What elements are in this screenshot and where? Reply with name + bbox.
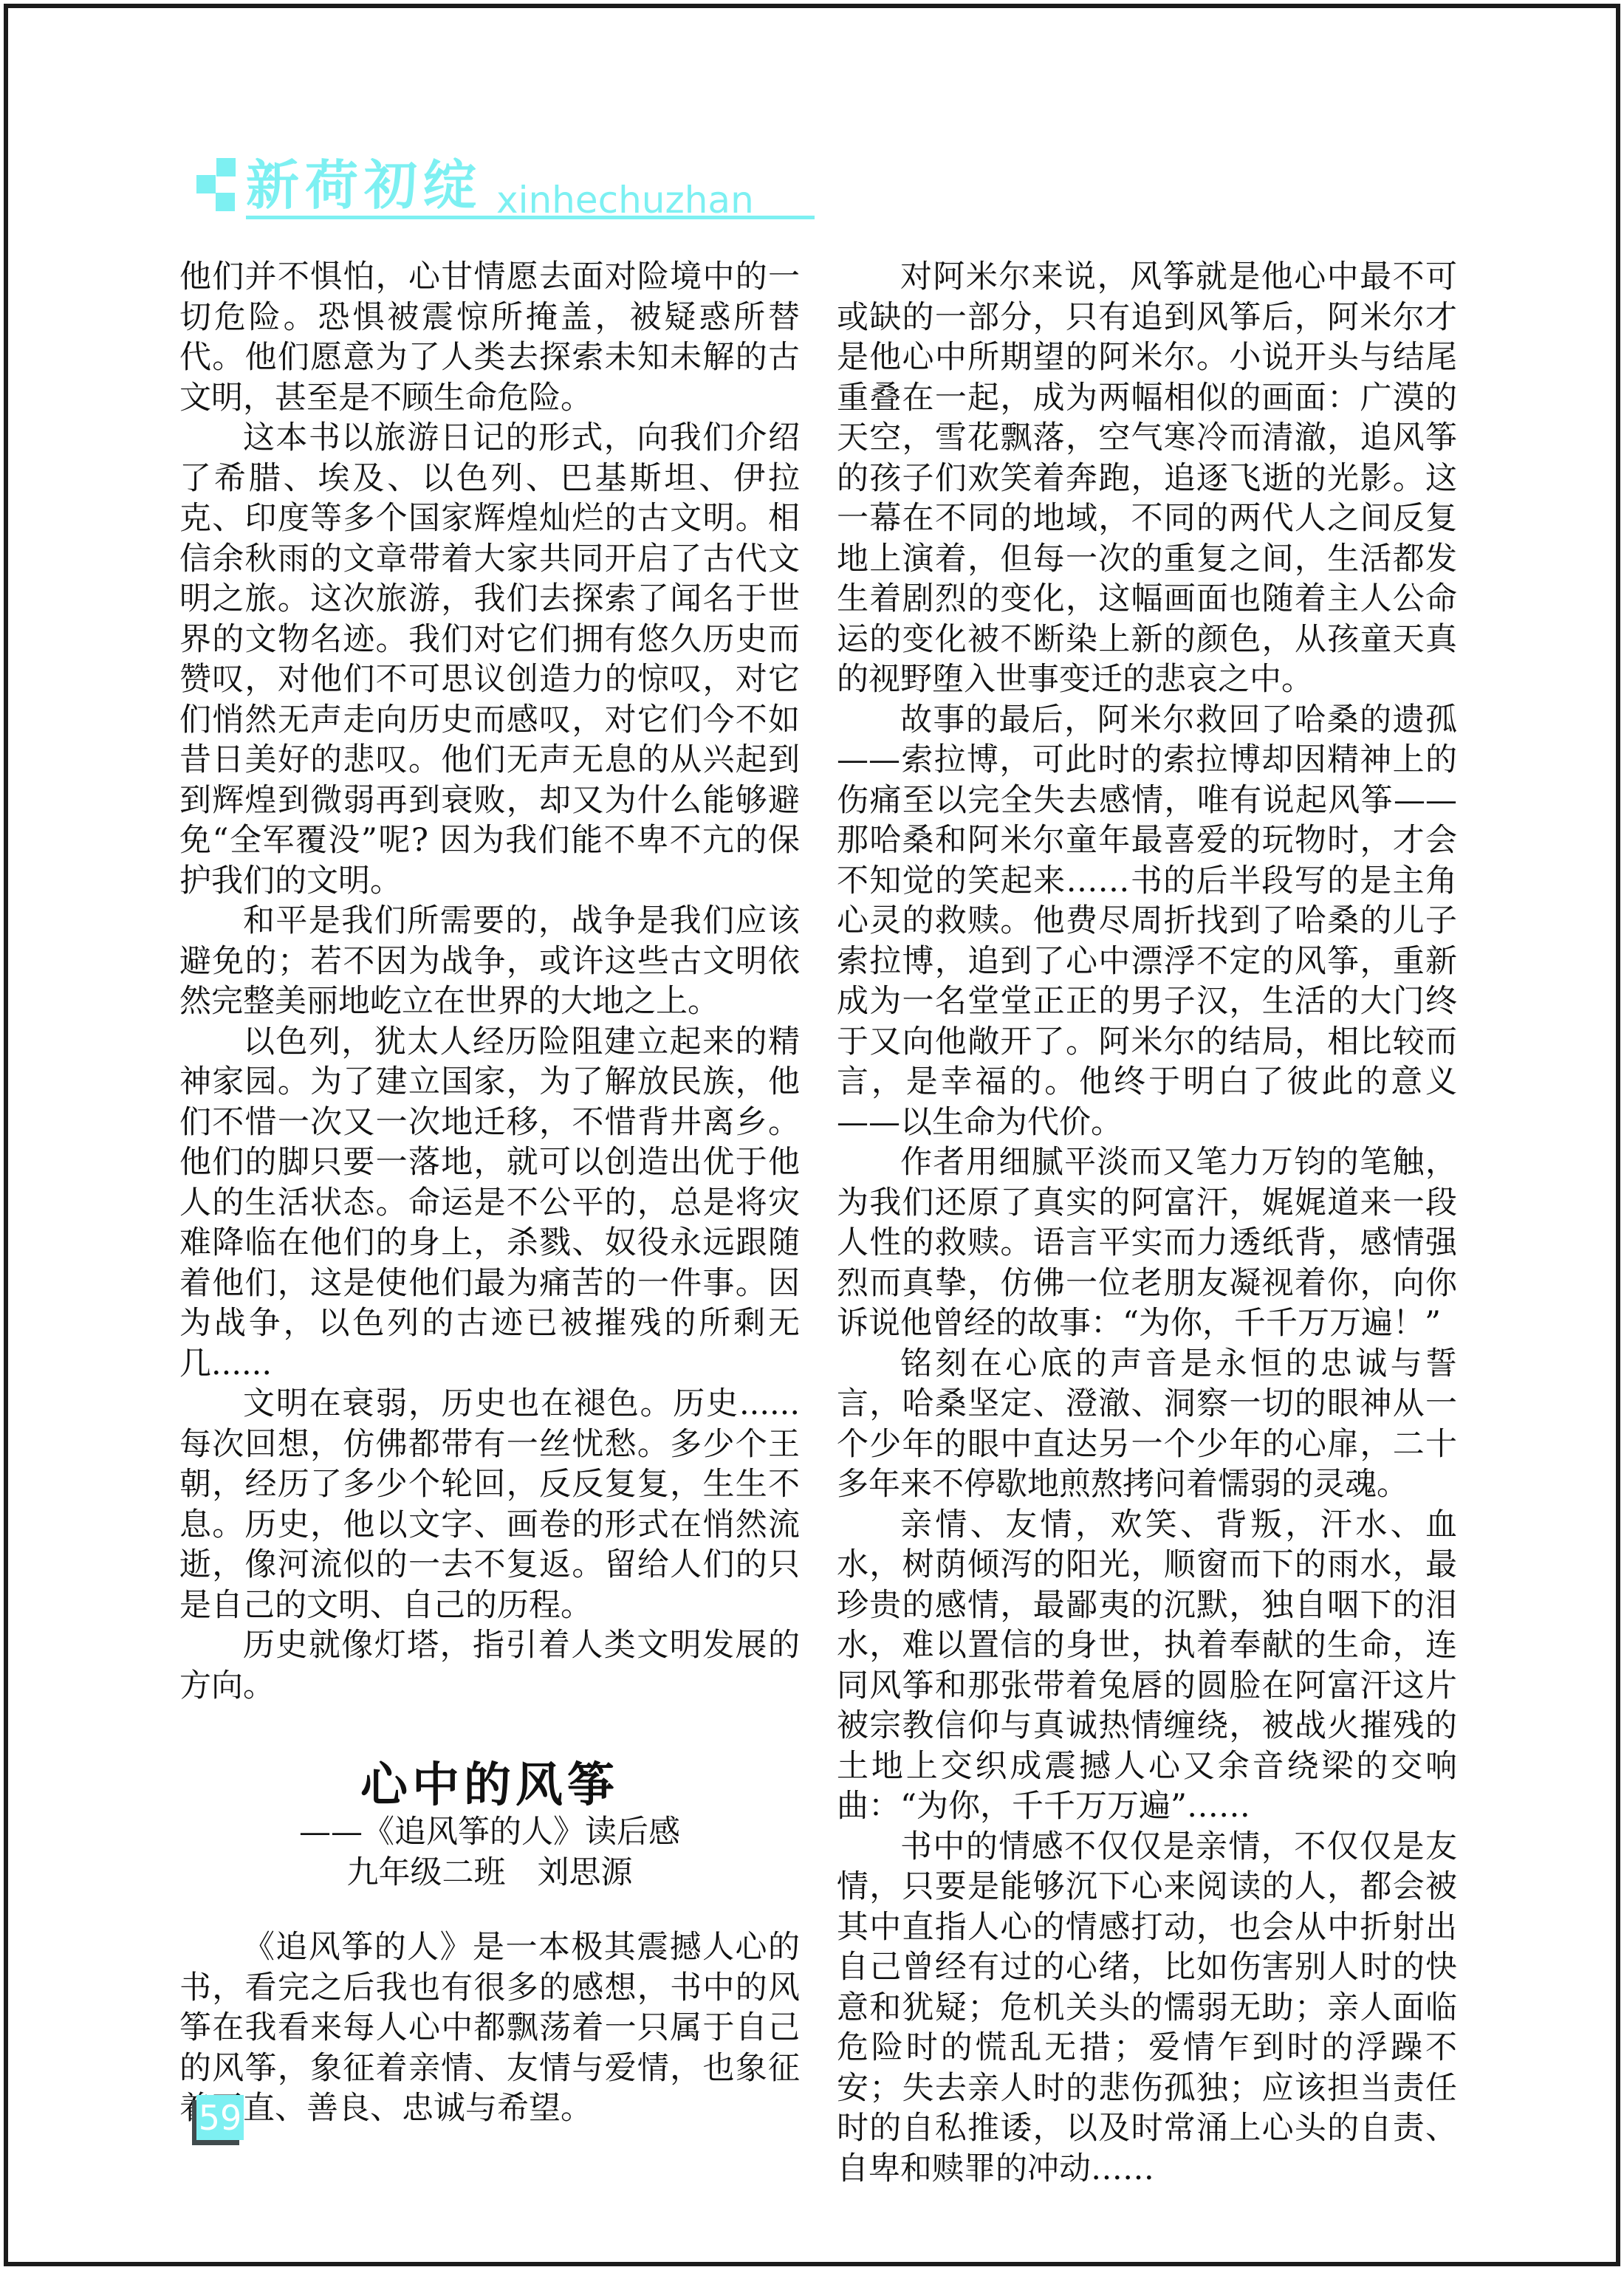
body-paragraph: 历史就像灯塔，指引着人类文明发展的方向。 <box>179 1625 800 1706</box>
logo-square-icon <box>196 175 216 193</box>
header-underline <box>246 216 815 219</box>
body-paragraph: 故事的最后，阿米尔救回了哈桑的遗孤——索拉博，可此时的索拉博却因精神上的伤痛至以… <box>837 700 1457 1143</box>
page-number: 59 <box>199 2098 242 2138</box>
left-column: 他们并不惧怕，心甘情愿去面对险境中的一切危险。恐惧被震惊所掩盖，被疑惑所替代。他… <box>179 257 800 2129</box>
body-paragraph: 《追风筝的人》是一本极其震撼人心的书，看完之后我也有很多的感想，书中的风筝在我看… <box>179 1927 800 2129</box>
article-author: 九年级二班 刘思源 <box>179 1853 800 1893</box>
body-paragraph: 对阿米尔来说，风筝就是他心中最不可或缺的一部分，只有追到风筝后，阿米尔才是他心中… <box>837 257 1457 700</box>
body-paragraph: 和平是我们所需要的，战争是我们应该避免的；若不因为战争，或许这些古文明依然完整美… <box>179 901 800 1022</box>
magazine-logo <box>196 158 236 213</box>
logo-square-icon <box>216 158 236 176</box>
magazine-title-pinyin: xinhechuzhan <box>496 182 754 219</box>
logo-square-icon <box>216 193 235 211</box>
body-paragraph: 以色列，犹太人经历险阻建立起来的精神家园。为了建立国家，为了解放民族，他们不惜一… <box>179 1022 800 1385</box>
body-paragraph: 作者用细腻平淡而又笔力万钧的笔触，为我们还原了真实的阿富汗，娓娓道来一段人性的救… <box>837 1142 1457 1344</box>
article-title: 心中的风筝 <box>179 1759 800 1812</box>
right-column: 对阿米尔来说，风筝就是他心中最不可或缺的一部分，只有追到风筝后，阿米尔才是他心中… <box>837 257 1457 2189</box>
magazine-title: 新荷初绽 <box>246 155 482 216</box>
article-subtitle: ——《追风筝的人》读后感 <box>179 1812 800 1853</box>
body-paragraph: 他们并不惧怕，心甘情愿去面对险境中的一切危险。恐惧被震惊所掩盖，被疑惑所替代。他… <box>179 257 800 418</box>
body-paragraph: 文明在衰弱，历史也在褪色。历史......每次回想，仿佛都带有一丝忧愁。多少个王… <box>179 1384 800 1625</box>
body-paragraph: 亲情、友情，欢笑、背叛，汗水、血水，树荫倾泻的阳光，顺窗而下的雨水，最珍贵的感情… <box>837 1505 1457 1827</box>
page-number-badge: 59 <box>196 2095 244 2140</box>
body-paragraph: 铭刻在心底的声音是永恒的忠诚与誓言，哈桑坚定、澄澈、洞察一切的眼神从一个少年的眼… <box>837 1344 1457 1505</box>
body-paragraph: 书中的情感不仅仅是亲情，不仅仅是友情，只要是能够沉下心来阅读的人，都会被其中直指… <box>837 1827 1457 2190</box>
body-paragraph: 这本书以旅游日记的形式，向我们介绍了希腊、埃及、以色列、巴基斯坦、伊拉克、印度等… <box>179 418 800 901</box>
